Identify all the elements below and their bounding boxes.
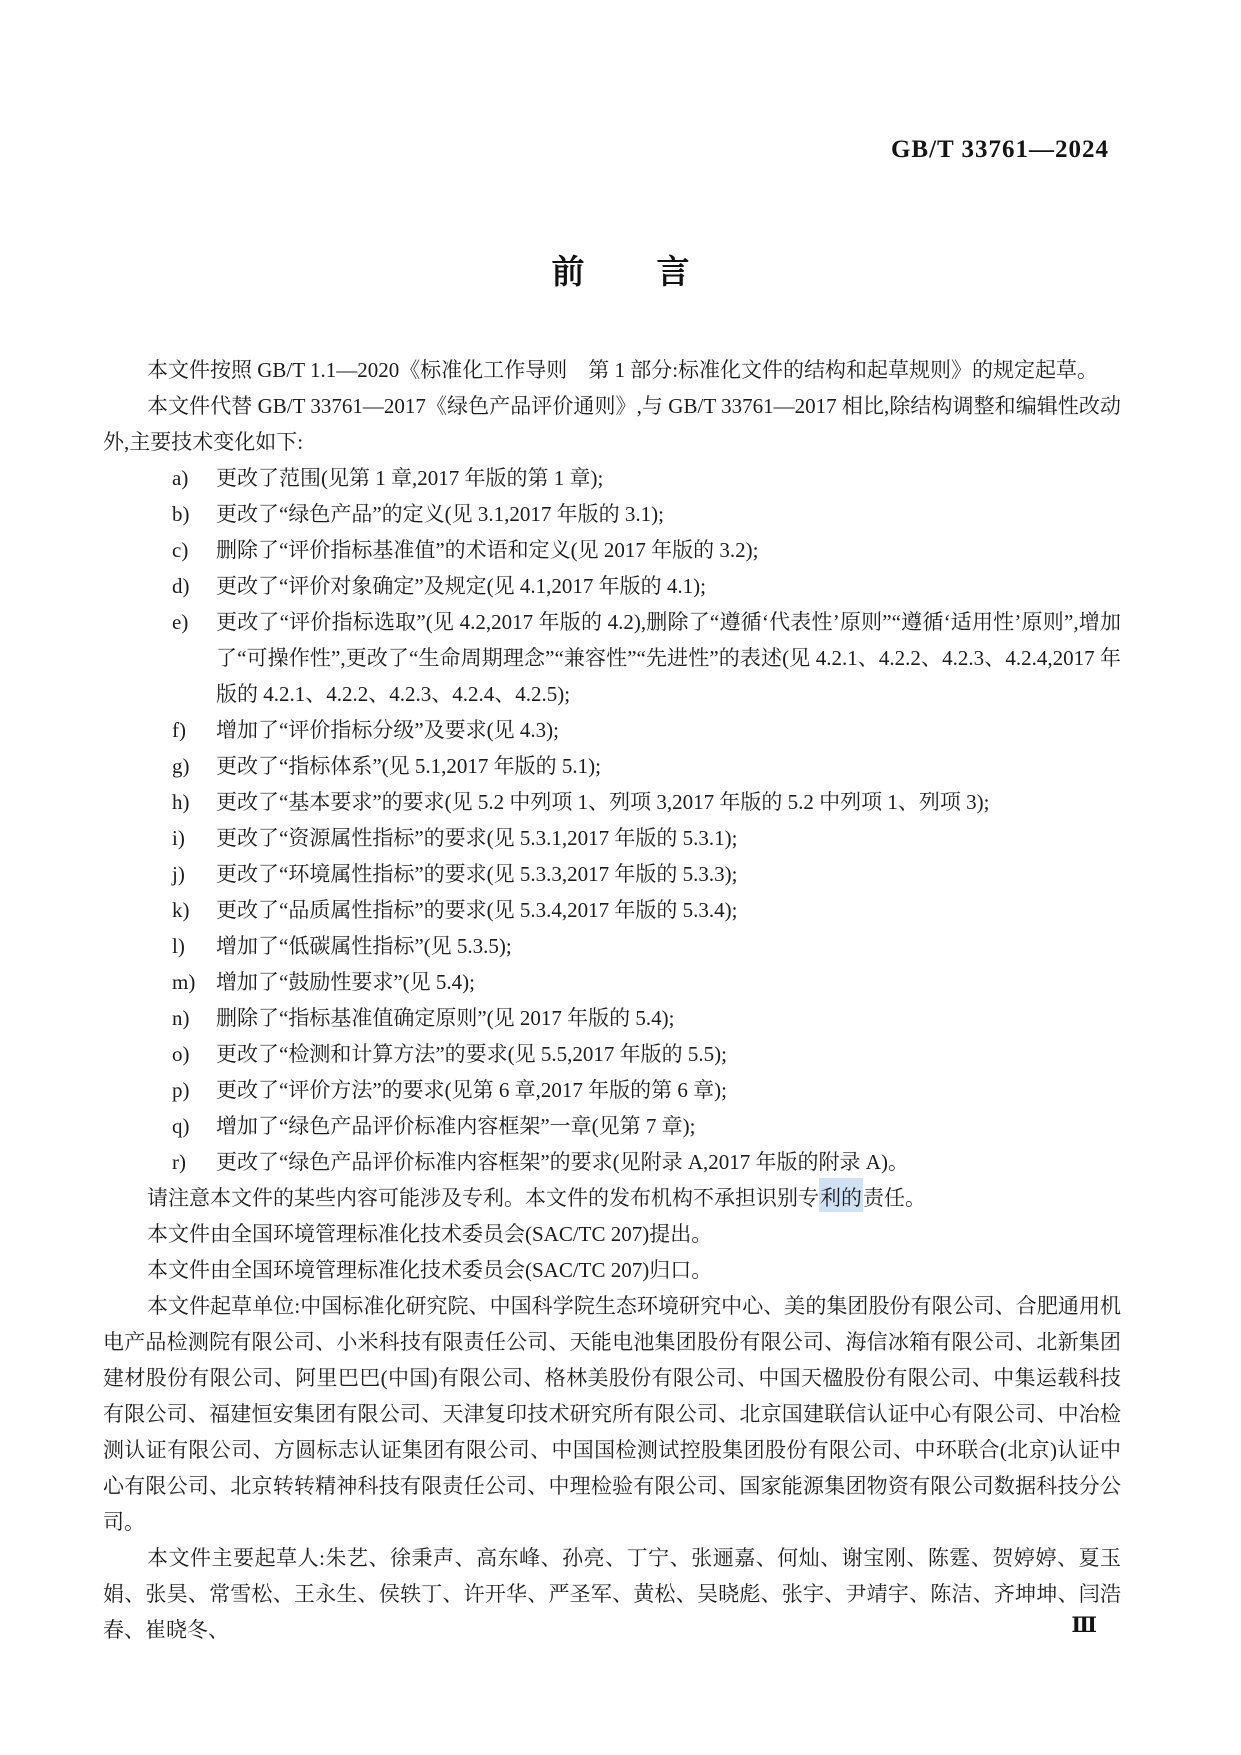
patent-notice-paragraph: 请注意本文件的某些内容可能涉及专利。本文件的发布机构不承担识别专利的责任。 bbox=[103, 1180, 1121, 1216]
change-list-item: f) 增加了“评价指标分级”及要求(见 4.3); bbox=[103, 712, 1121, 748]
change-list-item: d) 更改了“评价对象确定”及规定(见 4.1,2017 年版的 4.1); bbox=[103, 568, 1121, 604]
change-item-label: m) bbox=[172, 964, 195, 1000]
change-list-item: b) 更改了“绿色产品”的定义(见 3.1,2017 年版的 3.1); bbox=[103, 496, 1121, 532]
patent-notice-after: 责任。 bbox=[863, 1186, 926, 1210]
change-list-item: o) 更改了“检测和计算方法”的要求(见 5.5,2017 年版的 5.5); bbox=[103, 1036, 1121, 1072]
change-list-item: m) 增加了“鼓励性要求”(见 5.4); bbox=[103, 964, 1121, 1000]
change-item-label: k) bbox=[172, 892, 190, 928]
foreword-title: 前言 bbox=[0, 246, 1241, 293]
change-item-label: d) bbox=[172, 568, 190, 604]
change-list-item: i) 更改了“资源属性指标”的要求(见 5.3.1,2017 年版的 5.3.1… bbox=[103, 820, 1121, 856]
change-item-label: c) bbox=[172, 532, 188, 568]
change-item-text: 更改了“检测和计算方法”的要求(见 5.5,2017 年版的 5.5); bbox=[216, 1036, 1121, 1072]
change-item-label: p) bbox=[172, 1072, 190, 1108]
change-item-label: o) bbox=[172, 1036, 190, 1072]
closing-paragraph: 本文件主要起草人:朱艺、徐秉声、高东峰、孙亮、丁宁、张逦嘉、何灿、谢宝刚、陈霆、… bbox=[103, 1540, 1121, 1648]
change-list-item: k) 更改了“品质属性指标”的要求(见 5.3.4,2017 年版的 5.3.4… bbox=[103, 892, 1121, 928]
change-item-label: h) bbox=[172, 784, 190, 820]
change-item-text: 更改了“资源属性指标”的要求(见 5.3.1,2017 年版的 5.3.1); bbox=[216, 820, 1121, 856]
change-item-label: j) bbox=[172, 856, 185, 892]
change-item-text: 更改了“评价指标选取”(见 4.2,2017 年版的 4.2),删除了“遵循‘代… bbox=[216, 604, 1121, 712]
change-list-item: q) 增加了“绿色产品评价标准内容框架”一章(见第 7 章); bbox=[103, 1108, 1121, 1144]
patent-notice-before: 请注意本文件的某些内容可能涉及专利。本文件的发布机构不承担识别专 bbox=[147, 1186, 819, 1210]
change-item-text: 删除了“指标基准值确定原则”(见 2017 年版的 5.4); bbox=[216, 1000, 1121, 1036]
change-list-item: n) 删除了“指标基准值确定原则”(见 2017 年版的 5.4); bbox=[103, 1000, 1121, 1036]
change-item-text: 更改了“基本要求”的要求(见 5.2 中列项 1、列项 3,2017 年版的 5… bbox=[216, 784, 1121, 820]
standard-number-header: GB/T 33761—2024 bbox=[0, 136, 1109, 164]
change-item-text: 更改了“评价方法”的要求(见第 6 章,2017 年版的第 6 章); bbox=[216, 1072, 1121, 1108]
patent-notice-highlight: 利的 bbox=[819, 1178, 863, 1212]
closing-paragraphs: 本文件由全国环境管理标准化技术委员会(SAC/TC 207)提出。 本文件由全国… bbox=[103, 1216, 1121, 1648]
change-item-text: 更改了“评价对象确定”及规定(见 4.1,2017 年版的 4.1); bbox=[216, 568, 1121, 604]
change-list-item: p) 更改了“评价方法”的要求(见第 6 章,2017 年版的第 6 章); bbox=[103, 1072, 1121, 1108]
document-page: GB/T 33761—2024 前言 本文件按照 GB/T 1.1—2020《标… bbox=[0, 0, 1241, 1755]
intro-paragraph: 本文件按照 GB/T 1.1—2020《标准化工作导则 第 1 部分:标准化文件… bbox=[103, 352, 1121, 388]
change-item-label: l) bbox=[172, 928, 185, 964]
foreword-title-char2: 言 bbox=[657, 253, 690, 290]
change-item-text: 删除了“评价指标基准值”的术语和定义(见 2017 年版的 3.2); bbox=[216, 532, 1121, 568]
change-item-label: a) bbox=[172, 460, 188, 496]
change-item-label: e) bbox=[172, 604, 188, 640]
change-list-item: h) 更改了“基本要求”的要求(见 5.2 中列项 1、列项 3,2017 年版… bbox=[103, 784, 1121, 820]
change-item-label: f) bbox=[172, 712, 186, 748]
change-list-item: a) 更改了范围(见第 1 章,2017 年版的第 1 章); bbox=[103, 460, 1121, 496]
change-list-item: g) 更改了“指标体系”(见 5.1,2017 年版的 5.1); bbox=[103, 748, 1121, 784]
change-list-item: l) 增加了“低碳属性指标”(见 5.3.5); bbox=[103, 928, 1121, 964]
change-item-label: q) bbox=[172, 1108, 190, 1144]
foreword-title-char1: 前 bbox=[552, 253, 585, 290]
change-item-text: 增加了“评价指标分级”及要求(见 4.3); bbox=[216, 712, 1121, 748]
technical-changes-list: a) 更改了范围(见第 1 章,2017 年版的第 1 章); b) 更改了“绿… bbox=[103, 460, 1121, 1180]
change-item-text: 更改了范围(见第 1 章,2017 年版的第 1 章); bbox=[216, 460, 1121, 496]
change-item-label: g) bbox=[172, 748, 190, 784]
foreword-body: 本文件按照 GB/T 1.1—2020《标准化工作导则 第 1 部分:标准化文件… bbox=[103, 352, 1121, 1648]
intro-paragraphs: 本文件按照 GB/T 1.1—2020《标准化工作导则 第 1 部分:标准化文件… bbox=[103, 352, 1121, 460]
change-item-text: 更改了“环境属性指标”的要求(见 5.3.3,2017 年版的 5.3.3); bbox=[216, 856, 1121, 892]
intro-paragraph: 本文件代替 GB/T 33761—2017《绿色产品评价通则》,与 GB/T 3… bbox=[103, 388, 1121, 460]
change-item-text: 更改了“绿色产品评价标准内容框架”的要求(见附录 A,2017 年版的附录 A)… bbox=[216, 1144, 1121, 1180]
change-item-text: 更改了“绿色产品”的定义(见 3.1,2017 年版的 3.1); bbox=[216, 496, 1121, 532]
change-item-text: 更改了“指标体系”(见 5.1,2017 年版的 5.1); bbox=[216, 748, 1121, 784]
page-number: Ⅲ bbox=[1071, 1612, 1097, 1638]
closing-paragraph: 本文件起草单位:中国标准化研究院、中国科学院生态环境研究中心、美的集团股份有限公… bbox=[103, 1288, 1121, 1540]
closing-paragraph: 本文件由全国环境管理标准化技术委员会(SAC/TC 207)提出。 bbox=[103, 1216, 1121, 1252]
change-item-label: b) bbox=[172, 496, 190, 532]
change-item-label: n) bbox=[172, 1000, 190, 1036]
change-list-item: e) 更改了“评价指标选取”(见 4.2,2017 年版的 4.2),删除了“遵… bbox=[103, 604, 1121, 712]
change-item-text: 更改了“品质属性指标”的要求(见 5.3.4,2017 年版的 5.3.4); bbox=[216, 892, 1121, 928]
change-list-item: r) 更改了“绿色产品评价标准内容框架”的要求(见附录 A,2017 年版的附录… bbox=[103, 1144, 1121, 1180]
change-item-text: 增加了“鼓励性要求”(见 5.4); bbox=[216, 964, 1121, 1000]
change-item-text: 增加了“绿色产品评价标准内容框架”一章(见第 7 章); bbox=[216, 1108, 1121, 1144]
change-item-text: 增加了“低碳属性指标”(见 5.3.5); bbox=[216, 928, 1121, 964]
change-item-label: i) bbox=[172, 820, 185, 856]
change-item-label: r) bbox=[172, 1144, 186, 1180]
change-list-item: c) 删除了“评价指标基准值”的术语和定义(见 2017 年版的 3.2); bbox=[103, 532, 1121, 568]
change-list-item: j) 更改了“环境属性指标”的要求(见 5.3.3,2017 年版的 5.3.3… bbox=[103, 856, 1121, 892]
closing-paragraph: 本文件由全国环境管理标准化技术委员会(SAC/TC 207)归口。 bbox=[103, 1252, 1121, 1288]
